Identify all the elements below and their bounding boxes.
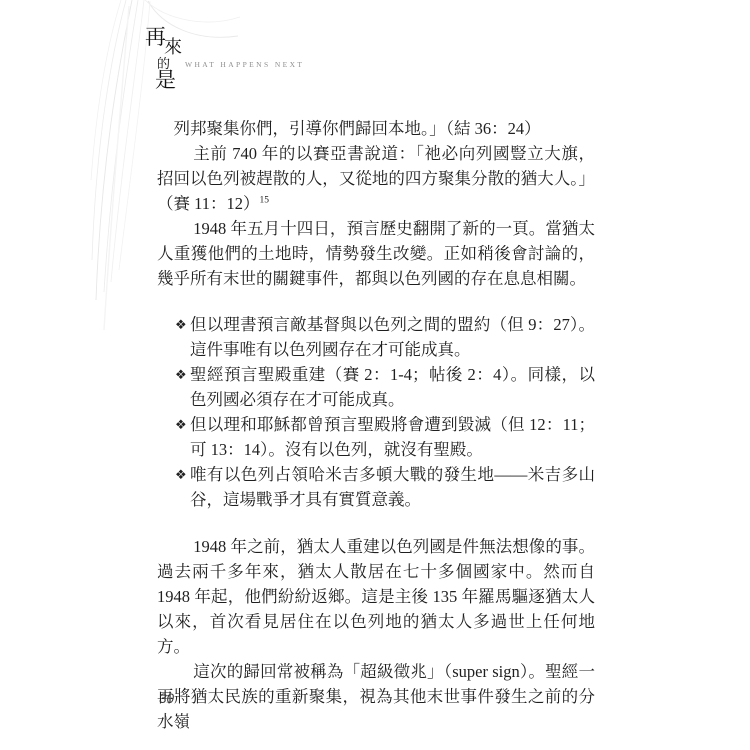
book-page: { "brand": { "logo_chars": ["再", "來", "的… (0, 0, 750, 750)
logo-char-shi: 是 (155, 70, 176, 91)
book-logo: 再 來 的 是 WHAT HAPPENS NEXT (0, 0, 340, 110)
list-item: ❖ 聖經預言聖殿重建（賽 2：1-4；帖後 2：4）。同樣，以色列國必須存在才可… (157, 362, 595, 412)
list-item: ❖ 唯有以色列占領哈米吉多頓大戰的發生地——米吉多山谷，這場戰爭才具有實質意義。 (157, 462, 595, 512)
logo-english-tagline: WHAT HAPPENS NEXT (185, 60, 304, 69)
paragraph-isaiah-text: 主前 740 年的以賽亞書說道：「祂必向列國豎立大旗，招回以色列被趕散的人，又從… (157, 144, 595, 213)
list-item-text: 聖經預言聖殿重建（賽 2：1-4；帖後 2：4）。同樣，以色列國必須存在才可能成… (190, 365, 595, 409)
page-number: 30 (159, 691, 174, 706)
diamond-bullet-icon: ❖ (175, 412, 187, 437)
logo-char-zai: 再 (145, 27, 166, 48)
paragraph-isaiah: 主前 740 年的以賽亞書說道：「祂必向列國豎立大旗，招回以色列被趕散的人，又從… (157, 141, 595, 216)
diamond-bullet-icon: ❖ (175, 312, 187, 337)
list-item-text: 唯有以色列占領哈米吉多頓大戰的發生地——米吉多山谷，這場戰爭才具有實質意義。 (190, 465, 595, 509)
list-item: ❖ 但以理和耶穌都曾預言聖殿將會遭到毀滅（但 12：11；可 13：14）。沒有… (157, 412, 595, 462)
diamond-bullet-icon: ❖ (175, 362, 187, 387)
list-item-text: 但以理書預言敵基督與以色列之間的盟約（但 9：27）。這件事唯有以色列國存在才可… (190, 315, 595, 359)
logo-char-lai: 來 (164, 38, 182, 56)
paragraph-before-1948: 1948 年之前，猶太人重建以色列國是件無法想像的事。過去兩千多年來，猶太人散居… (157, 534, 595, 659)
paragraph-super-sign: 這次的歸回常被稱為「超級徵兆」（super sign）。聖經一再將猶太民族的重新… (157, 659, 595, 734)
paragraph-quote-continuation: 列邦聚集你們，引導你們歸回本地。」（結 36：24） (157, 116, 595, 141)
diamond-bullet-icon: ❖ (175, 462, 187, 487)
list-item: ❖ 但以理書預言敵基督與以色列之間的盟約（但 9：27）。這件事唯有以色列國存在… (157, 312, 595, 362)
footnote-reference-15: 15 (260, 196, 270, 206)
paragraph-1948-new-page: 1948 年五月十四日，預言歷史翻開了新的一頁。當猶太人重獲他們的土地時，情勢發… (157, 216, 595, 291)
prophecy-bullet-list: ❖ 但以理書預言敵基督與以色列之間的盟約（但 9：27）。這件事唯有以色列國存在… (157, 312, 595, 512)
page-text-column: 列邦聚集你們，引導你們歸回本地。」（結 36：24） 主前 740 年的以賽亞書… (157, 116, 595, 734)
list-item-text: 但以理和耶穌都曾預言聖殿將會遭到毀滅（但 12：11；可 13：14）。沒有以色… (190, 415, 595, 459)
